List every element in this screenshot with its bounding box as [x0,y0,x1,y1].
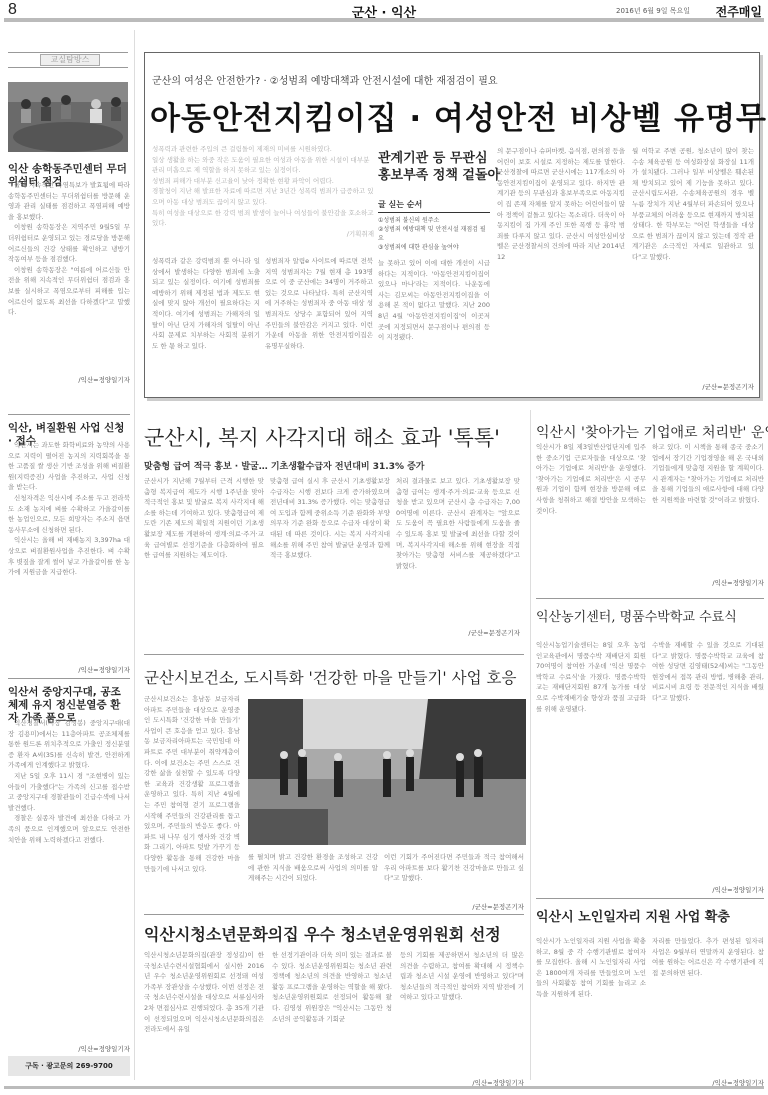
paragraph: 익산시는 올해 벼 재배농지 3,397ha 대상으로 벼질환원사업을 추진한다… [8,535,130,577]
divider [8,67,128,68]
story-headline: 익산농기센터, 명품수박학교 수료식 [536,606,764,625]
byline: /익산=정양일기자 [8,665,130,674]
order-list: ①성범죄 불신의 원주소 ②성범죄 예방대책 및 안전시설 재점검 필요 ③성범… [378,216,490,252]
story-body: 올해 지속적인 폭염특보가 발효됨에 따라 송학동주민센터는 무더위쉼터를 방문… [8,180,130,368]
feature-col-2: 성범죄자 알림e 사이트에 따르면 전북지역 성범죄자는 7월 현재 총 193… [265,256,373,376]
paragraph: 익산경찰서(서장 김성봉) 중앙지구대(대장 김용미)에서는 11층아파트 공조… [8,718,130,771]
story-col-2: 수박을 재배할 수 있을 것으로 기대된다"고 밝혔다. 명품수박학교 교육에 … [652,640,764,880]
youth-col-3: 등의 기회를 제공하면서 청소년의 더 많은 의견을 수렴하고, 참여를 확대해… [400,950,524,1030]
corner-label: 교실탐방스 [40,54,100,66]
divider [8,414,130,415]
bogeon-col-1: 군산시보건소는 흥남동 보금자리아파트 주민들을 대상으로 운영중인 도시특화 … [144,694,240,884]
divider [8,678,130,679]
subhead-line: 홍보부족 정책 겉돌아 [378,167,508,184]
welfare-subhead: 맞춤형 급여 적극 홍보 · 발굴… 기초생활수급자 전년대비 31.3% 증가 [144,459,524,472]
story-col-1: 익산시농업기술센터는 8일 오후 농업인교육관에서 명품수박 재배단지 회원 7… [536,640,646,880]
divider [8,52,128,53]
byline: /익산=정양일기자 [652,885,764,894]
lede-line: /기획취재 [152,229,374,240]
byline: /군산=문정곤기자 [396,628,520,637]
welfare-col-2: 맞춤형 급여 실시 후 군산시 기초생활보장수급자는 시행 전보다 크게 증가하… [270,476,390,624]
feature-subhead: 관계기관 등 무관심 홍보부족 정책 겉돌아 [378,150,508,184]
divider [536,898,764,899]
youth-col-1: 익산시청소년문화의집(관장 정성길)이 한국청소년수련시설협회에서 실시한 20… [144,950,264,1078]
lede-line: 일상 생활을 하는 와중 작은 도움이 필요한 여성과 아동을 위한 시설이 대… [152,155,374,176]
subscribe-box: 구독 · 광고문의 269-9700 [8,1056,130,1076]
divider [144,914,524,915]
bogeon-col-2: 를 펼치며 밝고 건강한 환경을 조성하고 건강에 관한 지식을 배움으로써 사… [248,852,378,892]
feature-col-5: 월 여학교 주변 공원, 청소년이 많이 찾는 수송 체육공원 등 여성화장실 … [632,146,754,364]
dateline: 2016년 6월 9일 목요일 [616,6,690,16]
byline: /군산=문정곤기자 [632,382,754,391]
subhead-line: 관계기관 등 무관심 [378,150,508,167]
paragraph: 신청자격은 익산시에 주소를 두고 전라북도 소재 농지에 벼를 수확하고 가을… [8,493,130,535]
paragraph: 경찰은 실종자 발견에 최선을 다하고 가족의 품으로 인계했으며 앞으로도 안… [8,813,130,845]
lede-line: 성폭력과 관련한 주입의 큰 걸림돌이 제재의 미비를 시원하였다. [152,144,374,155]
story-col-2: 하고 있다. 이 시책을 통해 종국 중소기업에서 장기간 기업경영을 해 온 … [652,442,764,572]
column-divider [134,30,135,1080]
story-body: 익산시는 과도한 화학비료와 농약의 사용으로 지력이 떨어진 농지의 지력회복… [8,440,130,660]
paragraph: 이창원 송학동장은 "여름에 어르신들 안전을 위해 지속적인 무더위쉼터 점검… [8,265,130,318]
paragraph: 익산시는 과도한 화학비료와 농약의 사용으로 지력이 떨어진 농지의 지력회복… [8,440,130,493]
youth-col-2: 한 선정기관이라 더욱 의미 있는 결과로 볼 수 있다. 청소년운영위원회는 … [272,950,392,1078]
order-item: ②성범죄 예방대책 및 안전시설 재점검 필요 [378,225,490,243]
welfare-col-1: 군산시가 지난해 7월부터 근격 시행한 맞춤형 복지급여 제도가 시행 1주년… [144,476,264,624]
bottom-rule [4,1086,764,1089]
feature-col-1: 성폭력과 같은 강력범죄 뿐 아니라 일상에서 발생하는 다양한 범죄에 노출되… [152,256,260,376]
story-body: 익산경찰서(서장 김성봉) 중앙지구대(대장 김용미)에서는 11층아파트 공조… [8,718,130,1038]
column-divider [530,410,531,1080]
exercise-photo [248,699,526,845]
feature-headline: 아동안전지킴이집 · 여성안전 비상벨 유명무실 [150,93,760,138]
bogeon-headline: 군산시보건소, 도시특화 '건강한 마을 만들기' 사업 호응 [144,666,524,688]
bogeon-col-3: 이런 기회가 주어진다면 주민들과 적극 참여해서 우리 아파트를 보다 활기찬… [384,852,524,892]
feature-lede: 성폭력과 관련한 주입의 큰 걸림돌이 제재의 미비를 시원하였다. 일상 생활… [152,144,374,248]
paragraph: 올해 지속적인 폭염특보가 발효됨에 따라 송학동주민센터는 무더위쉼터를 방문… [8,180,130,222]
order-item: ①성범죄 불신의 원주소 [378,216,490,225]
order-title: 글 싣는 순서 [378,199,490,210]
lede-line: 경찰청이 지난 해 발표한 자료에 따르면 지난 3년간 성폭력 범죄가 급증하… [152,186,374,207]
community-photo [8,82,128,152]
lede-line: 성범죄 피해가 대부분 신고율이 낮아 정확한 현황 파악이 어렵다. [152,176,374,187]
welfare-col-3: 처리 결과물로 보고 있다. 기초생활보장 맞춤형 급여는 생계·주거·의료·교… [396,476,520,624]
story-col-1: 익산시가 노인일자리 지원 사업을 확충하고, 8월 중 각 수행기관별로 참여… [536,936,646,1076]
youth-headline: 익산시청소년문화의집 우수 청소년운영위원회 선정 [144,922,524,945]
story-headline: 익산시 '찾아가는 기업애로 처리반' 운영 [536,422,764,442]
photo-image-icon [8,82,128,152]
story-col-1: 익산시가 8일 제3일반산업단지에 입주한 중소기업 근로자들을 대상으로 '찾… [536,442,646,572]
byline: /익산=정양일기자 [8,1044,130,1053]
divider [144,654,524,655]
top-rule [4,18,764,22]
story-col-2: 자리를 만들었다. 추가 편성된 일자리 사업은 9월부터 연말까지 운영된다.… [652,936,764,1056]
story-headline: 익산시 노인일자리 지원 사업 확충 [536,906,764,925]
feature-col-3: 늘 못하고 있어 이에 대한 개선이 시급하다는 지적이다. '아동안전지킴이집… [378,258,490,376]
feature-col-4: 의 문구점이나 슈퍼마켓, 음식점, 편의점 등을 어린이 보호 시설로 지정하… [497,146,625,382]
photo-image-icon [248,699,526,845]
welfare-headline: 군산시, 복지 사각지대 해소 효과 '톡톡' [144,422,524,452]
feature-kicker: 군산의 여성은 안전한가? · ②성범죄 예방대책과 안전시설에 대한 재점검이… [152,72,752,87]
byline: /군산=문정곤기자 [384,902,524,911]
paragraph: 이창원 송학동장은 지역주민 9월5일 무더위쉼터로 운영되고 있는 경로당을 … [8,222,130,264]
order-item: ③성범죄에 대한 관심을 높여야 [378,243,490,252]
byline: /익산=정양일기자 [8,375,130,384]
byline: /익산=정양일기자 [652,578,764,587]
divider [378,212,490,213]
divider [536,598,764,599]
paragraph: 지난 5일 오후 11시 경 "조현병이 있는 아들이 가출했다"는 가족의 신… [8,771,130,813]
lede-line: 특히 여성을 대상으로 한 강력 범죄 발생이 늘어나 여성들이 불안감을 호소… [152,208,374,229]
